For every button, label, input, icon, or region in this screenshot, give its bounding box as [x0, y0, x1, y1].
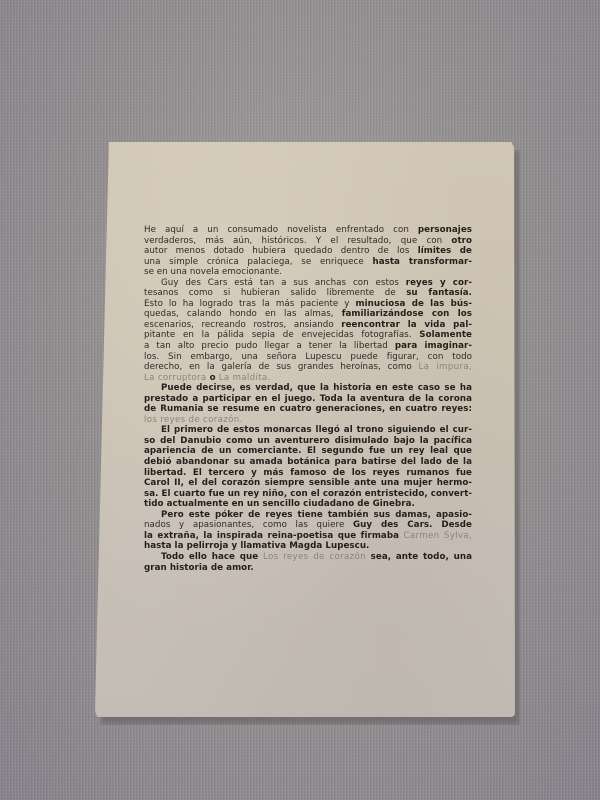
blurb-line: debió abandonar su amada botánica para b… [144, 457, 472, 468]
blurb-paragraph: El primero de estos monarcas llegó al tr… [144, 425, 472, 509]
blurb-line: a tan alto precio pudo llegar a tener la… [144, 341, 472, 352]
book-title-reference: La maldita. [219, 373, 271, 383]
blurb-paragraph: Todo ello hace que Los reyes de corazón … [144, 552, 472, 573]
blurb-text: para imaginar- [395, 341, 472, 351]
blurb-line: quedas, calando hondo en las almas, fami… [144, 309, 472, 320]
blurb-text: autor menos dotado hubiera quedado dentr… [144, 246, 418, 256]
blurb-line: la extraña, la inspirada reina-poetisa q… [144, 531, 472, 542]
blurb-text: se en una novela emocionante. [144, 267, 282, 277]
blurb-paragraph: Guy des Cars está tan a sus anchas con e… [144, 278, 472, 383]
blurb-text: hasta la pelirroja y llamativa Magda Lup… [144, 541, 369, 551]
blurb-line: tido actualmente en un sencillo ciudadan… [144, 499, 472, 510]
blurb-paragraph: Puede decirse, es verdad, que la histori… [144, 383, 472, 425]
blurb-line: se en una novela emocionante. [144, 267, 472, 278]
blurb-text: El primero de estos monarcas llegó al tr… [161, 425, 472, 435]
blurb-line: sa. El cuarto fue un rey niño, con el co… [144, 489, 472, 500]
blurb-text: a tan alto precio pudo llegar a tener la… [144, 341, 395, 351]
blurb-text: quedas, calando hondo en las almas, [144, 309, 342, 319]
blurb-line: tesanos como si hubieran salido libremen… [144, 288, 472, 299]
blurb-line: La corruptora o La maldita. [144, 373, 472, 384]
blurb-text: familiarizándose con los [342, 309, 472, 319]
blurb-text: límites de [418, 246, 472, 256]
blurb-text: Todo ello hace que [161, 552, 263, 562]
blurb-text: una simple crónica palaciega, se enrique… [144, 257, 372, 267]
blurb-text: gran historia de amor. [144, 563, 254, 573]
blurb-text: otro [451, 236, 472, 246]
blurb-text: Carol II, el del corazón siempre sensibl… [144, 478, 472, 488]
blurb-text: prestado a participar en el juego. Toda … [144, 394, 472, 404]
blurb-text: hasta transformar- [372, 257, 472, 267]
blurb-line: Guy des Cars está tan a sus anchas con e… [144, 278, 472, 289]
blurb-text: apariencia de un comerciante. El segundo… [144, 446, 472, 456]
blurb-text: tido actualmente en un sencillo ciudadan… [144, 499, 415, 509]
blurb-text: Solamente [419, 330, 472, 340]
blurb-line: Pero este póker de reyes tiene también s… [144, 510, 472, 521]
blurb-line: gran historia de amor. [144, 563, 472, 574]
blurb-text: Guy des Cars está tan a sus anchas con e… [161, 278, 406, 288]
book-title-reference: La corruptora [144, 373, 207, 383]
blurb-line: pitante en la pálida sepia de envejecida… [144, 330, 472, 341]
blurb-text: de Rumania se resume en cuatro generacio… [144, 404, 472, 414]
blurb-text: la extraña, la inspirada reina-poetisa q… [144, 531, 404, 541]
blurb-line: nados y apasionantes, como las quiere Gu… [144, 520, 472, 531]
blurb-text: o [207, 373, 219, 383]
blurb-paragraph: Pero este póker de reyes tiene también s… [144, 510, 472, 552]
blurb-line: so del Danubio como un aventurero disimu… [144, 436, 472, 447]
blurb-text: reencontrar la vida pal- [341, 320, 472, 330]
blurb-line: prestado a participar en el juego. Toda … [144, 394, 472, 405]
blurb-text: sa. El cuarto fue un rey niño, con el co… [144, 489, 472, 499]
blurb-line: de Rumania se resume en cuatro generacio… [144, 404, 472, 415]
blurb-text: su fantasía. [406, 288, 472, 298]
blurb-text: nados y apasionantes, como las quiere [144, 520, 353, 530]
blurb-text: so del Danubio como un aventurero disimu… [144, 436, 472, 446]
blurb-line: hasta la pelirroja y llamativa Magda Lup… [144, 541, 472, 552]
blurb-line: Carol II, el del corazón siempre sensibl… [144, 478, 472, 489]
blurb-text: sea, ante todo, una [366, 552, 472, 562]
blurb-line: los. Sin embargo, una señora Lupescu pue… [144, 352, 472, 363]
blurb-text: Esto lo ha logrado tras la más paciente … [144, 299, 355, 309]
blurb-text: debió abandonar su amada botánica para b… [144, 457, 472, 467]
blurb-line: los reyes de corazón. [144, 415, 472, 426]
blurb-text: pitante en la pálida sepia de envejecida… [144, 330, 419, 340]
blurb-line: Todo ello hace que Los reyes de corazón … [144, 552, 472, 563]
blurb-text: Puede decirse, es verdad, que la histori… [161, 383, 472, 393]
blurb-text: verdaderos, más aún, históricos. Y el re… [144, 236, 451, 246]
blurb-line: autor menos dotado hubiera quedado dentr… [144, 246, 472, 257]
blurb-text: personajes [418, 225, 472, 235]
book-title-reference: La impura, [419, 362, 472, 372]
blurb-text: reyes y cor- [406, 278, 472, 288]
blurb-line: una simple crónica palaciega, se enrique… [144, 257, 472, 268]
blurb-line: verdaderos, más aún, históricos. Y el re… [144, 236, 472, 247]
back-cover-blurb: He aquí a un consumado novelista enfrent… [144, 225, 472, 573]
blurb-line: escenarios, recreando rostros, ansiando … [144, 320, 472, 331]
blurb-text: los. Sin embargo, una señora Lupescu pue… [144, 352, 472, 362]
blurb-text: escenarios, recreando rostros, ansiando [144, 320, 341, 330]
blurb-text: Pero este póker de reyes tiene también s… [161, 510, 472, 520]
blurb-line: apariencia de un comerciante. El segundo… [144, 446, 472, 457]
blurb-line: El primero de estos monarcas llegó al tr… [144, 425, 472, 436]
blurb-line: Esto lo ha logrado tras la más paciente … [144, 299, 472, 310]
blurb-line: derecho, en la galería de sus grandes he… [144, 362, 472, 373]
blurb-line: He aquí a un consumado novelista enfrent… [144, 225, 472, 236]
blurb-text: tesanos como si hubieran salido libremen… [144, 288, 406, 298]
book-title-reference: los reyes de corazón. [144, 415, 243, 425]
book-title-reference: Carmen Sylva, [404, 531, 472, 541]
blurb-line: libertad. El tercero y más famoso de los… [144, 468, 472, 479]
blurb-paragraph: He aquí a un consumado novelista enfrent… [144, 225, 472, 278]
blurb-text: libertad. El tercero y más famoso de los… [144, 468, 472, 478]
blurb-text: derecho, en la galería de sus grandes he… [144, 362, 419, 372]
blurb-text: Guy des Cars. Desde [353, 520, 472, 530]
book-title-reference: Los reyes de corazón [263, 552, 366, 562]
book: He aquí a un consumado novelista enfrent… [0, 0, 600, 800]
blurb-text: He aquí a un consumado novelista enfrent… [144, 225, 418, 235]
blurb-line: Puede decirse, es verdad, que la histori… [144, 383, 472, 394]
blurb-text: minuciosa de las bús- [355, 299, 472, 309]
